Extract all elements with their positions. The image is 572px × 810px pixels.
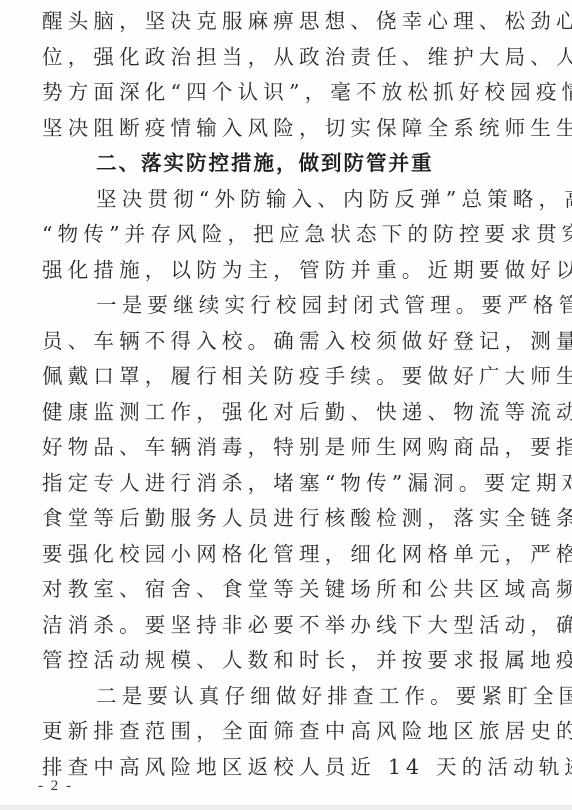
paragraph-first-line: 二是要认真仔细做好排查工作。要紧盯全国疫情动态，及时 [42,679,534,715]
text-line: 更新排查范围，全面筛查中高风险地区旅居史的人员信息，跟踪 [42,714,534,750]
document-body: 醒头脑，坚决克服麻痹思想、侥幸心理、松劲心态，提高政治站 位，强化政治担当，从政… [42,4,534,785]
text-line: “物传”并存风险，把应急状态下的防控要求贯穿到日常防控中， [42,217,534,253]
text-line: 势方面深化“四个认识”，毫不放松抓好校园疫情防控各项工作， [42,75,534,111]
text-line: 要强化校园小网格化管理，细化网格单元，严格分区管控，定期 [42,537,534,573]
text-line: 管控活动规模、人数和时长，并按要求报属地疫情防控部门批准。 [42,643,534,679]
text-line: 位，强化政治担当，从政治责任、维护大局、人民至上、严峻形 [42,40,534,76]
text-line: 强化措施，以防为主，管防并重。近期要做好以下相关工作。 [42,253,534,289]
text-line: 醒头脑，坚决克服麻痹思想、侥幸心理、松劲心态，提高政治站 [42,4,534,40]
text-line: 好物品、车辆消毒，特别是师生网购商品，要指定专门存放位置， [42,430,534,466]
text-line: 员、车辆不得入校。确需入校须做好登记，测量体温，查验双码， [42,324,534,360]
text-line: 对教室、宿舍、食堂等关键场所和公共区域高频接触部位进行清 [42,572,534,608]
section-heading: 二、落实防控措施，做到防管并重 [42,146,534,182]
paragraph-first-line: 一是要继续实行校园封闭式管理。要严格管控校门，无关人 [42,288,534,324]
text-line: 佩戴口罩，履行相关防疫手续。要做好广大师生和后勤服务人员 [42,359,534,395]
document-page: 醒头脑，坚决克服麻痹思想、侥幸心理、松劲心态，提高政治站 位，强化政治担当，从政… [0,0,572,805]
page-bottom-edge [0,805,572,810]
text-line: 健康监测工作，强化对后勤、快递、物流等流动人员的管控，做 [42,395,534,431]
text-line: 食堂等后勤服务人员进行核酸检测，落实全链条闭环管理要求。 [42,501,534,537]
text-line: 坚决阻断疫情输入风险，切实保障全系统师生生命健康安全。 [42,111,534,147]
text-line: 洁消杀。要坚持非必要不举办线下大型活动，确需举办的，严格 [42,608,534,644]
text-line: 排查中高风险地区返校人员近 14 天的活动轨迹，共同居住生活 [42,750,534,786]
page-number: - 2 - [38,778,73,795]
paragraph-first-line: 坚决贯彻“外防输入、内防反弹”总策略，高度警惕“人传” [42,182,534,218]
text-line: 指定专人进行消杀，堵塞“物传”漏洞。要定期对保洁、保安、 [42,466,534,502]
